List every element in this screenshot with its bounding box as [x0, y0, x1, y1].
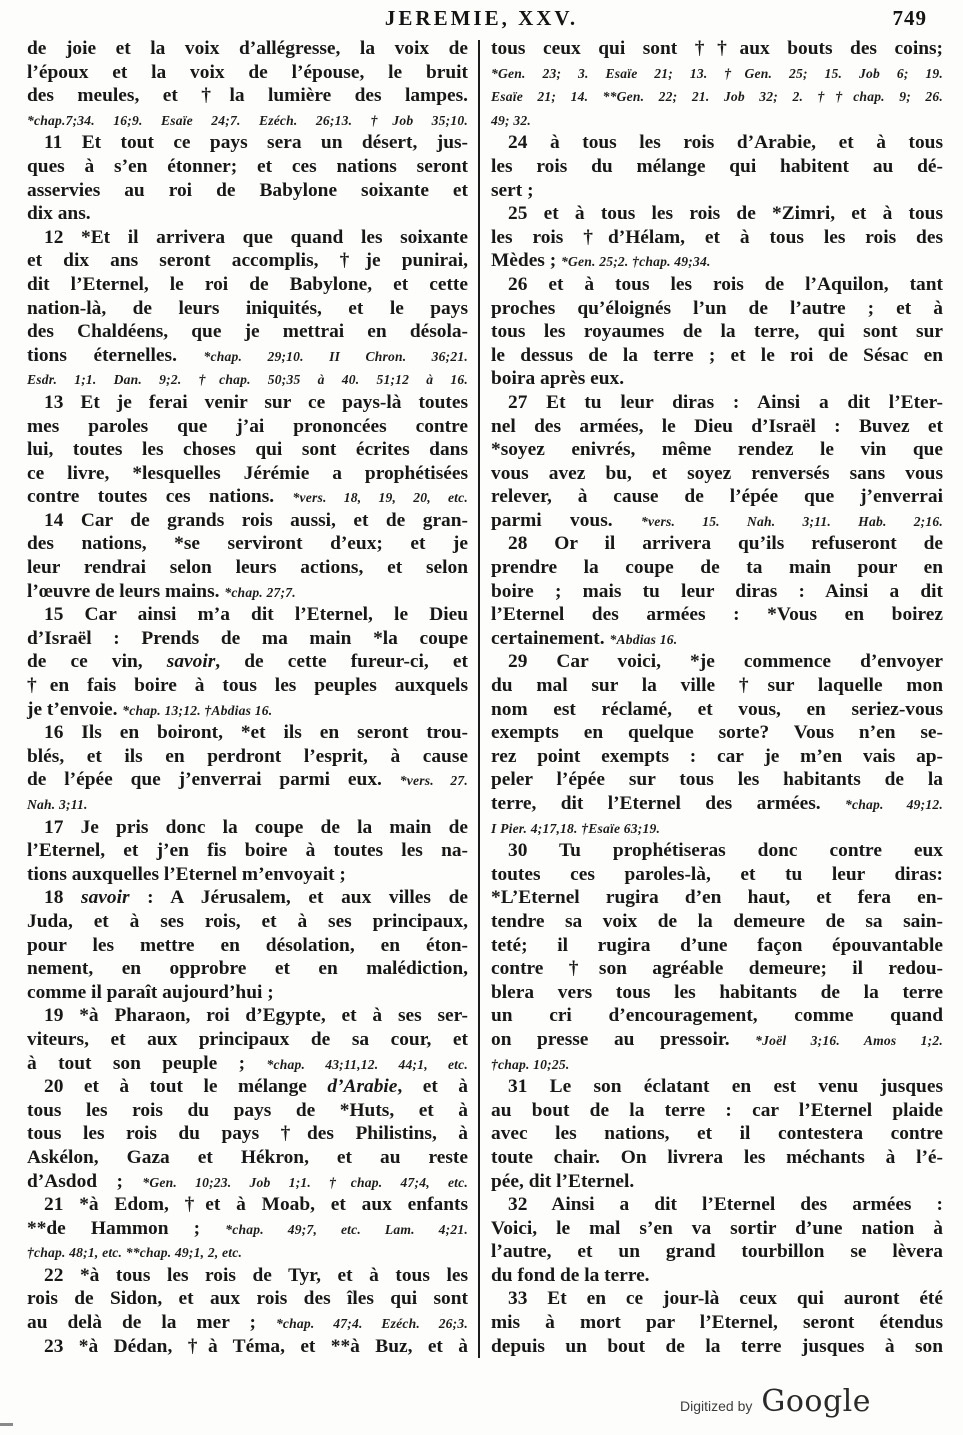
verse-text: Mèdes ;	[491, 250, 561, 271]
text-line: 11 Et tout ce pays sera un désert, jus-	[27, 131, 468, 155]
text-line: †chap. 48;1, etc. **chap. 49;1, 2, etc.	[27, 1240, 468, 1264]
verse-text: au delà de la mer ;	[27, 1312, 276, 1333]
verse-text: proches qu’éloignés l’un de l’autre ; et…	[491, 298, 943, 319]
verse-text: 12 *Et il arrivera que quand les soixant…	[44, 227, 468, 248]
verse-text: **de Hammon ;	[27, 1218, 225, 1239]
verse-text: 33 Et en ce jour-là ceux qui auront été	[508, 1288, 943, 1309]
verse-text: toutes ces paroles-là, et tu leur diras:	[491, 864, 943, 885]
verse-text: tendre sa voix de la demeure de sa sain-	[491, 911, 943, 932]
text-line: mis à mort par l’Eternel, seront étendus	[491, 1311, 943, 1335]
verse-text: mes paroles que j’ai prononcées contre	[27, 416, 468, 437]
verse-text: 14 Car de grands rois aussi, et de gran-	[44, 510, 468, 531]
text-line: vous avez bu, et soyez renversés sans vo…	[491, 462, 943, 486]
text-line: mes paroles que j’ai prononcées contre	[27, 415, 468, 439]
verse-text: dit l’Eternel, le roi de Babylone, et ce…	[27, 274, 468, 295]
text-line: le dessus de la terre ; et le roi de Sés…	[491, 344, 943, 368]
text-line: parmi vous. *vers. 15. Nah. 3;11. Hab. 2…	[491, 509, 943, 533]
text-line: 30 Tu prophétiseras donc contre eux	[491, 839, 943, 863]
verse-text: 11 Et tout ce pays sera un désert, jus-	[44, 132, 468, 153]
scripture-reference: *vers. 15. Nah. 3;11. Hab. 2;16.	[641, 514, 943, 529]
text-line: 49; 32.	[491, 108, 943, 132]
text-line: asservies au roi de Babylone soixante et	[27, 179, 468, 203]
verse-text: 26 et à tous les rois de l’Aquilon, tant	[508, 274, 943, 295]
text-line: au delà de la mer ; *chap. 47;4. Ezéch. …	[27, 1311, 468, 1335]
verse-text: 20 et à tout le mélange	[44, 1076, 327, 1097]
text-line: tendre sa voix de la demeure de sa sain-	[491, 910, 943, 934]
verse-text: 22 *à tous les rois de Tyr, et à tous le…	[44, 1265, 468, 1286]
text-line: peler l’épée sur tous les habitants de l…	[491, 768, 943, 792]
text-line: I Pier. 4;17,18. †Esaïe 63;19.	[491, 816, 943, 840]
text-line: Voici, le mal s’en va sortir d’une natio…	[491, 1217, 943, 1241]
text-line: 26 et à tous les rois de l’Aquilon, tant	[491, 273, 943, 297]
text-line: prendre la coupe de ta main pour en	[491, 556, 943, 580]
text-line: contre †son agréable demeure; il redou-	[491, 957, 943, 981]
verse-text: 17 Je pris donc la coupe de la main de	[44, 817, 468, 838]
text-line: et dix ans seront accomplis, †je punirai…	[27, 249, 468, 273]
verse-text: des meules, et †la lumière des lampes.	[27, 85, 468, 106]
verse-text: tous ceux qui sont ††aux bouts des coins…	[491, 38, 943, 59]
text-line: *soyez enivrés, même rendez le vin que	[491, 438, 943, 462]
verse-text: contre toutes ces nations.	[27, 486, 293, 507]
page-title: JEREMIE, XXV.	[0, 6, 963, 31]
text-line: Nah. 3;11.	[27, 792, 468, 816]
verse-text: toute chair. On livrera les méchants à l…	[491, 1147, 943, 1168]
verse-text: , de cette fureur-ci, et	[215, 651, 468, 672]
scripture-reference: 49; 32.	[491, 113, 531, 128]
text-line: *L’Eternel rugira d’en haut, et fera en-	[491, 886, 943, 910]
scripture-reference: Nah. 3;11.	[27, 797, 88, 812]
verse-text: sert ;	[491, 180, 534, 201]
scripture-reference: *chap. 47;4. Ezéch. 26;3.	[276, 1316, 468, 1331]
verse-text: blera vers tous les habitants de la terr…	[491, 982, 943, 1003]
scripture-reference: †chap. 10;25.	[491, 1057, 570, 1072]
text-line: †chap. 10;25.	[491, 1052, 943, 1076]
text-line: **de Hammon ; *chap. 49;7, etc. Lam. 4;2…	[27, 1217, 468, 1241]
verse-text: on presse au pressoir.	[491, 1029, 755, 1050]
text-line: †en fais boire à tous les peuples auxque…	[27, 674, 468, 698]
verse-text: , et à	[397, 1076, 468, 1097]
text-line: terre, dit l’Eternel des armées. *chap. …	[491, 792, 943, 816]
verse-text: 30 Tu prophétiseras donc contre eux	[508, 840, 943, 861]
verse-text: tions auxquelles l’Eternel m’envoyait ;	[27, 864, 346, 885]
text-line: 22 *à tous les rois de Tyr, et à tous le…	[27, 1264, 468, 1288]
page-number: 749	[893, 6, 928, 31]
verse-text: nel des armées, le Dieu d’Israël : Buvez…	[491, 416, 943, 437]
verse-text: à tout son peuple ;	[27, 1053, 266, 1074]
text-line: l’Eternel des armées : *Vous en boirez	[491, 603, 943, 627]
verse-text: tous les rois du pays †des Philistins, à	[27, 1123, 468, 1144]
verse-text: d’Israël : Prends de ma main *la coupe	[27, 628, 468, 649]
text-line: tous les rois du pays de *Huts, et à	[27, 1099, 468, 1123]
verse-text-italic: savoir	[167, 651, 215, 672]
text-line: nom est réclamé, et vous, en seriez-vous	[491, 698, 943, 722]
verse-text: relever, à cause de l’épée que j’enverra…	[491, 486, 943, 507]
verse-text: terre, dit l’Eternel des armées.	[491, 793, 845, 814]
scripture-reference: †chap. 48;1, etc. **chap. 49;1, 2, etc.	[27, 1245, 242, 1260]
text-line: 23 *à Dédan, †à Téma, et **à Buz, et à	[27, 1335, 468, 1359]
scripture-reference: *chap. 43;11,12. 44;1, etc.	[266, 1057, 468, 1072]
verse-text: leur rendrai selon leurs actions, et sel…	[27, 557, 468, 578]
text-line: dix ans.	[27, 202, 468, 226]
text-line: avec les nations, et il contestera contr…	[491, 1122, 943, 1146]
text-line: teté; il rugira d’une façon épouvantable	[491, 934, 943, 958]
scripture-reference: *chap. 13;12. †Abdias 16.	[122, 703, 272, 718]
text-line: 24 à tous les rois d’Arabie, et à tous	[491, 131, 943, 155]
text-line: des meules, et †la lumière des lampes.	[27, 84, 468, 108]
text-line: Askélon, Gaza et Hékron, et au reste	[27, 1146, 468, 1170]
verse-text: teté; il rugira d’une façon épouvantable	[491, 935, 943, 956]
text-line: *Gen. 23; 3. Esaïe 21; 13. †Gen. 25; 15.…	[491, 61, 943, 85]
verse-text: asservies au roi de Babylone soixante et	[27, 180, 468, 201]
verse-text: comme il paraît aujourd’hui ;	[27, 982, 274, 1003]
scripture-reference: *chap. 49;12.	[845, 797, 943, 812]
text-line: Esdr. 1;1. Dan. 9;2. †chap. 50;35 à 40. …	[27, 367, 468, 391]
text-line: pée, dit l’Eternel.	[491, 1170, 943, 1194]
text-line: du fond de la terre.	[491, 1264, 943, 1288]
text-line: contre toutes ces nations. *vers. 18, 19…	[27, 485, 468, 509]
verse-text: l’époux et la voix de l’épouse, le bruit	[27, 62, 468, 83]
text-line: leur rendrai selon leurs actions, et sel…	[27, 556, 468, 580]
text-line: nel des armées, le Dieu d’Israël : Buvez…	[491, 415, 943, 439]
text-line: 25 et à tous les rois de *Zimri, et à to…	[491, 202, 943, 226]
verse-text: les rois †d’Hélam, et à tous les rois de…	[491, 227, 943, 248]
verse-text: 31 Le son éclatant en est venu jusques	[508, 1076, 943, 1097]
verse-text: de ce vin,	[27, 651, 167, 672]
scripture-reference: *chap.7;34. 16;9. Esaïe 24;7. Ezéch. 26;…	[27, 113, 468, 128]
verse-text: 16 Ils en boiront, *et ils en seront tro…	[44, 722, 468, 743]
verse-text: un cri d’encouragement, comme quand	[491, 1005, 943, 1026]
verse-text: l’œuvre de leurs mains.	[27, 581, 224, 602]
text-line: les rois †d’Hélam, et à tous les rois de…	[491, 226, 943, 250]
text-line: tous les rois du pays †des Philistins, à	[27, 1122, 468, 1146]
verse-text: l’autre, et un grand tourbillon se lèver…	[491, 1241, 943, 1262]
text-line: tous les royaumes de la terre, qui sont …	[491, 320, 943, 344]
text-line: 31 Le son éclatant en est venu jusques	[491, 1075, 943, 1099]
verse-text: prendre la coupe de ta main pour en	[491, 557, 943, 578]
verse-text-italic: savoir	[81, 887, 129, 908]
verse-text: des Chaldéens, que je mettrai en désola-	[27, 321, 468, 342]
verse-text: certainement.	[491, 628, 609, 649]
text-line: 12 *Et il arrivera que quand les soixant…	[27, 226, 468, 250]
verse-text: mis à mort par l’Eternel, seront étendus	[491, 1312, 943, 1333]
verse-text-italic: d’Arabie	[327, 1076, 397, 1097]
text-line: relever, à cause de l’épée que j’enverra…	[491, 485, 943, 509]
scripture-reference: Esaïe 21; 14. **Gen. 22; 21. Job 32; 2. …	[491, 89, 943, 104]
verse-text: *L’Eternel rugira d’en haut, et fera en-	[491, 887, 943, 908]
text-line: certainement. *Abdias 16.	[491, 627, 943, 651]
verse-text: au bout de la terre : car l’Eternel plai…	[491, 1100, 943, 1121]
verse-text: du fond de la terre.	[491, 1265, 650, 1286]
text-line: nation-là, de leurs iniquités, et le pay…	[27, 297, 468, 321]
verse-text: †en fais boire à tous les peuples auxque…	[27, 675, 468, 696]
scripture-reference: *Abdias 16.	[609, 632, 677, 647]
digitized-by-label: Digitized by	[680, 1398, 752, 1414]
text-line: toute chair. On livrera les méchants à l…	[491, 1146, 943, 1170]
verse-text: boira après eux.	[491, 368, 624, 389]
text-line: d’Israël : Prends de ma main *la coupe	[27, 627, 468, 651]
verse-text: tous les royaumes de la terre, qui sont …	[491, 321, 943, 342]
verse-text: ques à s’en étonner; et ces nations sero…	[27, 156, 468, 177]
verse-text: l’Eternel, et j’en fis boire à toutes le…	[27, 840, 468, 861]
verse-text: 23 *à Dédan, †à Téma, et **à Buz, et à	[44, 1336, 468, 1357]
text-line: l’œuvre de leurs mains. *chap. 27;7.	[27, 580, 468, 604]
text-line: toutes ces paroles-là, et tu leur diras:	[491, 863, 943, 887]
text-line: des Chaldéens, que je mettrai en désola-	[27, 320, 468, 344]
text-line: boira après eux.	[491, 367, 943, 391]
verse-text: rez point exempts : car je m’en vais ap-	[491, 746, 943, 767]
text-line: nement, en opprobre et en malédiction,	[27, 957, 468, 981]
text-line: 32 Ainsi a dit l’Eternel des armées :	[491, 1193, 943, 1217]
text-line: d’Asdod ; *Gen. 10;23. Job 1;1. †chap. 4…	[27, 1170, 468, 1194]
verse-text: : A Jérusalem, et aux villes de	[130, 887, 468, 908]
text-line: pour les mettre en désolation, en éton-	[27, 934, 468, 958]
verse-text: depuis un bout de la terre jusques à son	[491, 1336, 943, 1357]
text-line: un cri d’encouragement, comme quand	[491, 1004, 943, 1028]
verse-text: 28 Or il arrivera qu’ils refuseront de	[508, 533, 943, 554]
text-line: les rois du mélange qui habitent au dé-	[491, 155, 943, 179]
text-line: de l’épée que j’enverrai parmi eux. *ver…	[27, 768, 468, 792]
verse-text: 24 à tous les rois d’Arabie, et à tous	[508, 132, 943, 153]
verse-text: blés, et ils en perdront l’esprit, à cau…	[27, 746, 468, 767]
text-line: 16 Ils en boiront, *et ils en seront tro…	[27, 721, 468, 745]
verse-text: parmi vous.	[491, 510, 641, 531]
text-line: blés, et ils en perdront l’esprit, à cau…	[27, 745, 468, 769]
verse-text: *soyez enivrés, même rendez le vin que	[491, 439, 943, 460]
verse-text: du mal sur la ville †sur laquelle mon	[491, 675, 943, 696]
text-line: 28 Or il arrivera qu’ils refuseront de	[491, 532, 943, 556]
text-line: *chap.7;34. 16;9. Esaïe 24;7. Ezéch. 26;…	[27, 108, 468, 132]
text-line: 27 Et tu leur diras : Ainsi a dit l’Eter…	[491, 391, 943, 415]
footer: Digitized by Google	[680, 1384, 871, 1419]
text-line: 19 *à Pharaon, roi d’Egypte, et à ses se…	[27, 1004, 468, 1028]
text-line: 21 *à Edom, †et à Moab, et aux enfants	[27, 1193, 468, 1217]
verse-text: nation-là, de leurs iniquités, et le pay…	[27, 298, 468, 319]
google-logo: Google	[761, 1384, 871, 1419]
scripture-reference: *chap. 29;10. II Chron. 36;21.	[204, 349, 468, 364]
verse-text: lui, toutes les choses qui sont écrites …	[27, 439, 468, 460]
scripture-reference: *Joël 3;16. Amos 1;2.	[755, 1033, 943, 1048]
text-line: 20 et à tout le mélange d’Arabie, et à	[27, 1075, 468, 1099]
right-column: tous ceux qui sont ††aux bouts des coins…	[491, 37, 943, 1358]
text-line: rez point exempts : car je m’en vais ap-	[491, 745, 943, 769]
verse-text: 29 Car voici, *je commence d’envoyer	[508, 651, 943, 672]
scripture-reference: Esdr. 1;1. Dan. 9;2. †chap. 50;35 à 40. …	[27, 372, 468, 387]
text-line: 29 Car voici, *je commence d’envoyer	[491, 650, 943, 674]
text-line: je t’envoie. *chap. 13;12. †Abdias 16.	[27, 698, 468, 722]
verse-text: pée, dit l’Eternel.	[491, 1171, 634, 1192]
verse-text: Askélon, Gaza et Hékron, et au reste	[27, 1147, 468, 1168]
verse-text: 19 *à Pharaon, roi d’Egypte, et à ses se…	[44, 1005, 468, 1026]
text-line: proches qu’éloignés l’un de l’autre ; et…	[491, 297, 943, 321]
scripture-reference: *chap. 27;7.	[224, 585, 296, 600]
verse-text: nement, en opprobre et en malédiction,	[27, 958, 468, 979]
text-line: des nations, *se serviront d’eux; et je	[27, 532, 468, 556]
verse-text: et dix ans seront accomplis, †je punirai…	[27, 250, 468, 271]
text-line: 15 Car ainsi m’a dit l’Eternel, le Dieu	[27, 603, 468, 627]
scripture-reference: *Gen. 10;23. Job 1;1. †chap. 47;4, etc.	[142, 1175, 468, 1190]
verse-text: de joie et la voix d’allégresse, la voix…	[27, 38, 468, 59]
verse-text: contre †son agréable demeure; il redou-	[491, 958, 943, 979]
scripture-reference: *Gen. 23; 3. Esaïe 21; 13. †Gen. 25; 15.…	[491, 66, 943, 81]
verse-text: 32 Ainsi a dit l’Eternel des armées :	[508, 1194, 943, 1215]
verse-text: 21 *à Edom, †et à Moab, et aux enfants	[44, 1194, 468, 1215]
verse-text: 18	[44, 887, 81, 908]
verse-text: Juda, et à ses rois, et à ses principaux…	[27, 911, 468, 932]
verse-text: 25 et à tous les rois de *Zimri, et à to…	[508, 203, 943, 224]
verse-text: des nations, *se serviront d’eux; et je	[27, 533, 468, 554]
verse-text: avec les nations, et il contestera contr…	[491, 1123, 943, 1144]
verse-text: nom est réclamé, et vous, en seriez-vous	[491, 699, 943, 720]
text-line: rois de Sidon, et aux rois des îles qui …	[27, 1287, 468, 1311]
text-line: Juda, et à ses rois, et à ses principaux…	[27, 910, 468, 934]
text-line: blera vers tous les habitants de la terr…	[491, 981, 943, 1005]
text-line: comme il paraît aujourd’hui ;	[27, 981, 468, 1005]
text-line: sert ;	[491, 179, 943, 203]
text-line: tions éternelles. *chap. 29;10. II Chron…	[27, 344, 468, 368]
book-page: JEREMIE, XXV. 749 de joie et la voix d’a…	[0, 0, 963, 1435]
text-line: exempts en quelque sorte? Vous n’en se-	[491, 721, 943, 745]
text-line: Esaïe 21; 14. **Gen. 22; 21. Job 32; 2. …	[491, 84, 943, 108]
text-line: tions auxquelles l’Eternel m’envoyait ;	[27, 863, 468, 887]
verse-text: ce livre, *lesquelles Jérémie a prophéti…	[27, 463, 468, 484]
scripture-reference: *chap. 49;7, etc. Lam. 4;21.	[225, 1222, 468, 1237]
text-line: à tout son peuple ; *chap. 43;11,12. 44;…	[27, 1052, 468, 1076]
text-line: 18 savoir : A Jérusalem, et aux villes d…	[27, 886, 468, 910]
text-line: dit l’Eternel, le roi de Babylone, et ce…	[27, 273, 468, 297]
text-line: au bout de la terre : car l’Eternel plai…	[491, 1099, 943, 1123]
text-line: l’Eternel, et j’en fis boire à toutes le…	[27, 839, 468, 863]
verse-text: d’Asdod ;	[27, 1171, 142, 1192]
text-line: de joie et la voix d’allégresse, la voix…	[27, 37, 468, 61]
verse-text: tions éternelles.	[27, 345, 204, 366]
text-line: l’autre, et un grand tourbillon se lèver…	[491, 1240, 943, 1264]
text-line: de ce vin, savoir, de cette fureur-ci, e…	[27, 650, 468, 674]
text-line: viteurs, et aux principaux de sa cour, e…	[27, 1028, 468, 1052]
scan-artifact	[0, 1423, 13, 1426]
verse-text: pour les mettre en désolation, en éton-	[27, 935, 468, 956]
verse-text: dix ans.	[27, 203, 91, 224]
text-line: ques à s’en étonner; et ces nations sero…	[27, 155, 468, 179]
text-line: du mal sur la ville †sur laquelle mon	[491, 674, 943, 698]
verse-text: peler l’épée sur tous les habitants de l…	[491, 769, 943, 790]
text-line: 14 Car de grands rois aussi, et de gran-	[27, 509, 468, 533]
verse-text: 27 Et tu leur diras : Ainsi a dit l’Eter…	[508, 392, 943, 413]
text-line: ce livre, *lesquelles Jérémie a prophéti…	[27, 462, 468, 486]
verse-text: 15 Car ainsi m’a dit l’Eternel, le Dieu	[44, 604, 468, 625]
scripture-reference: *vers. 27.	[400, 773, 468, 788]
verse-text: boire ; mais tu leur diras : Ainsi a dit	[491, 581, 943, 602]
scripture-reference: *Gen. 25;2. †chap. 49;34.	[561, 254, 711, 269]
verse-text: viteurs, et aux principaux de sa cour, e…	[27, 1029, 468, 1050]
text-line: 13 Et je ferai venir sur ce pays-là tout…	[27, 391, 468, 415]
verse-text: 13 Et je ferai venir sur ce pays-là tout…	[44, 392, 468, 413]
text-line: 17 Je pris donc la coupe de la main de	[27, 816, 468, 840]
text-line: on presse au pressoir. *Joël 3;16. Amos …	[491, 1028, 943, 1052]
verse-text: le dessus de la terre ; et le roi de Sés…	[491, 345, 943, 366]
verse-text: l’Eternel des armées : *Vous en boirez	[491, 604, 943, 625]
verse-text: vous avez bu, et soyez renversés sans vo…	[491, 463, 943, 484]
verse-text: tous les rois du pays de *Huts, et à	[27, 1100, 468, 1121]
scripture-reference: *vers. 18, 19, 20, etc.	[293, 490, 468, 505]
verse-text: Voici, le mal s’en va sortir d’une natio…	[491, 1218, 943, 1239]
text-line: boire ; mais tu leur diras : Ainsi a dit	[491, 580, 943, 604]
text-line: Mèdes ; *Gen. 25;2. †chap. 49;34.	[491, 249, 943, 273]
text-line: 33 Et en ce jour-là ceux qui auront été	[491, 1287, 943, 1311]
verse-text: les rois du mélange qui habitent au dé-	[491, 156, 943, 177]
verse-text: je t’envoie.	[27, 699, 122, 720]
verse-text: de l’épée que j’enverrai parmi eux.	[27, 769, 400, 790]
verse-text: rois de Sidon, et aux rois des îles qui …	[27, 1288, 468, 1309]
scripture-reference: I Pier. 4;17,18. †Esaïe 63;19.	[491, 821, 660, 836]
left-column: de joie et la voix d’allégresse, la voix…	[27, 37, 468, 1358]
text-line: l’époux et la voix de l’épouse, le bruit	[27, 61, 468, 85]
verse-text: exempts en quelque sorte? Vous n’en se-	[491, 722, 943, 743]
text-line: lui, toutes les choses qui sont écrites …	[27, 438, 468, 462]
column-divider	[478, 40, 480, 1358]
text-line: depuis un bout de la terre jusques à son	[491, 1335, 943, 1359]
text-line: tous ceux qui sont ††aux bouts des coins…	[491, 37, 943, 61]
